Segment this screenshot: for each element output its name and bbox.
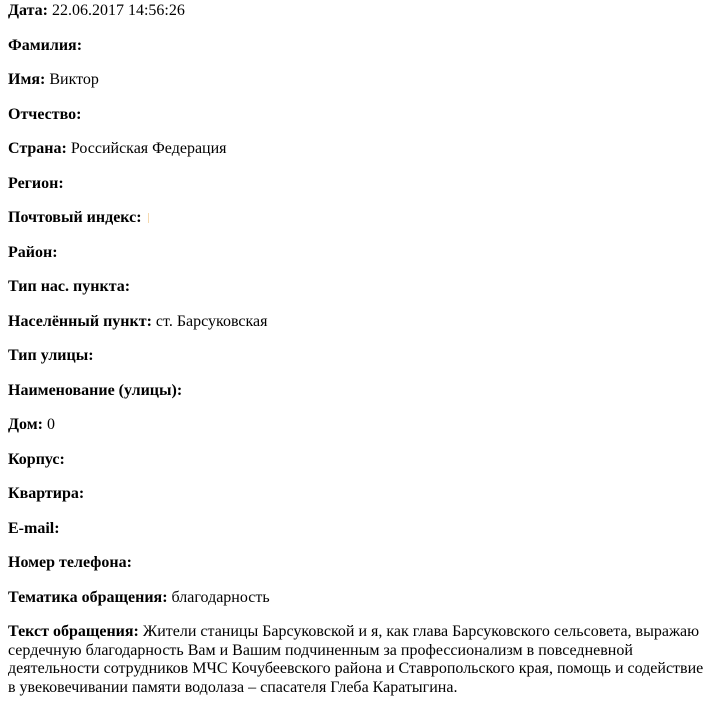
field-district: Район: [8, 244, 707, 263]
field-label: Район: [8, 244, 58, 261]
field-label: Имя: [8, 71, 45, 88]
field-label: Текст обращения: [8, 623, 139, 640]
field-label: Регион: [8, 175, 64, 192]
text-cursor-artifact [148, 213, 149, 223]
field-street-name: Наименование (улицы): [8, 382, 707, 401]
field-settlement-type: Тип нас. пункта: [8, 278, 707, 297]
field-label: Отчество: [8, 106, 81, 123]
field-label: Населённый пункт: [8, 313, 152, 330]
field-apartment: Квартира: [8, 485, 707, 504]
field-building: Корпус: [8, 451, 707, 470]
field-value: 22.06.2017 14:56:26 [52, 2, 185, 19]
field-surname: Фамилия: [8, 37, 707, 56]
field-value: ст. Барсуковская [156, 313, 268, 330]
field-label: Страна: [8, 140, 67, 157]
field-label: Фамилия: [8, 37, 82, 54]
field-house: Дом: 0 [8, 416, 707, 435]
field-label: Корпус: [8, 451, 65, 468]
field-label: Тип нас. пункта: [8, 278, 130, 295]
field-topic: Тематика обращения: благодарность [8, 589, 707, 608]
field-label: Номер телефона: [8, 554, 132, 571]
field-value: благодарность [172, 589, 270, 606]
field-date: Дата: 22.06.2017 14:56:26 [8, 2, 707, 21]
field-message: Текст обращения: Жители станицы Барсуков… [8, 623, 713, 697]
field-label: Дом: [8, 416, 43, 433]
field-country: Страна: Российская Федерация [8, 140, 707, 159]
field-phone: Номер телефона: [8, 554, 707, 573]
field-value: Виктор [49, 71, 99, 88]
appeal-record: Дата: 22.06.2017 14:56:26 Фамилия: Имя: … [0, 0, 715, 697]
field-region: Регион: [8, 175, 707, 194]
field-email: E-mail: [8, 520, 707, 539]
field-label: Дата: [8, 2, 48, 19]
field-label: Тип улицы: [8, 347, 94, 364]
field-value: 0 [47, 416, 55, 433]
field-postal-code: Почтовый индекс: [8, 209, 707, 228]
field-value: Российская Федерация [71, 140, 227, 157]
field-label: E-mail: [8, 520, 60, 537]
field-street-type: Тип улицы: [8, 347, 707, 366]
field-first-name: Имя: Виктор [8, 71, 707, 90]
field-patronymic: Отчество: [8, 106, 707, 125]
field-label: Тематика обращения: [8, 589, 168, 606]
field-label: Квартира: [8, 485, 84, 502]
field-label: Почтовый индекс: [8, 209, 142, 226]
field-label: Наименование (улицы): [8, 382, 182, 399]
field-settlement: Населённый пункт: ст. Барсуковская [8, 313, 707, 332]
